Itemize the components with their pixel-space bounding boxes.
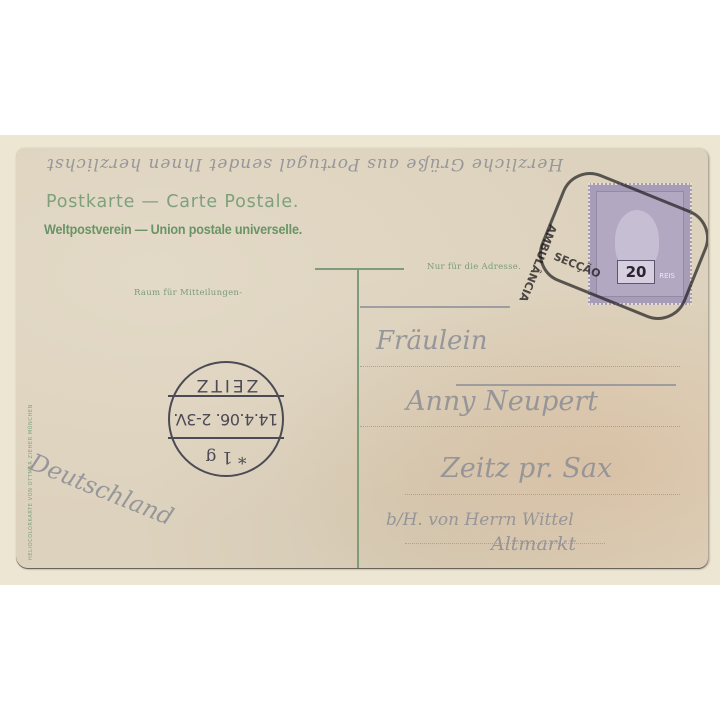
address-line-2 <box>360 426 680 427</box>
publisher-imprint: HELIOCOLORKARTE VON OTTMAR ZIEHER MÜNCHE… <box>28 404 34 560</box>
cancellation-text-2: SECÇÃO <box>552 250 603 281</box>
handwritten-address-line: Anny Neupert <box>406 386 598 417</box>
divider-horizontal <box>315 268 404 270</box>
postmark-date: 14.4.06. 2-3V. <box>170 410 282 429</box>
message-area-label: Raum für Mitteilungen- <box>134 288 242 298</box>
handwritten-top-line: Herzliche Grüße aus Portugal sendet Ihne… <box>46 154 563 174</box>
handwritten-country: Deutschland <box>26 448 178 531</box>
zeitz-postmark: * 1 g 14.4.06. 2-3V. ZEITZ <box>168 361 284 477</box>
address-line-3 <box>405 494 680 495</box>
postmark-city: ZEITZ <box>170 375 282 395</box>
address-area-label: Nur für die Adresse. <box>427 262 521 272</box>
address-line-1 <box>360 366 680 367</box>
postcard-heading: Postkarte — Carte Postale. <box>46 192 299 212</box>
handwritten-address-line: Zeitz pr. Sax <box>441 453 612 484</box>
postcard: Herzliche Grüße aus Portugal sendet Ihne… <box>16 148 708 568</box>
postcard-subheading: Weltpostverein — Union postale universel… <box>44 221 302 237</box>
divider-vertical <box>357 268 359 568</box>
handwritten-address-line: Fräulein <box>376 326 487 356</box>
handwritten-address-line: Altmarkt <box>491 533 576 555</box>
pencil-underline <box>360 306 510 308</box>
postmark-code: * 1 g <box>170 447 282 467</box>
handwritten-address-line: b/H. von Herrn Wittel <box>386 510 574 530</box>
cancellation-text-1: AMBULÂNCIA <box>516 223 559 304</box>
pencil-underline <box>456 384 676 386</box>
